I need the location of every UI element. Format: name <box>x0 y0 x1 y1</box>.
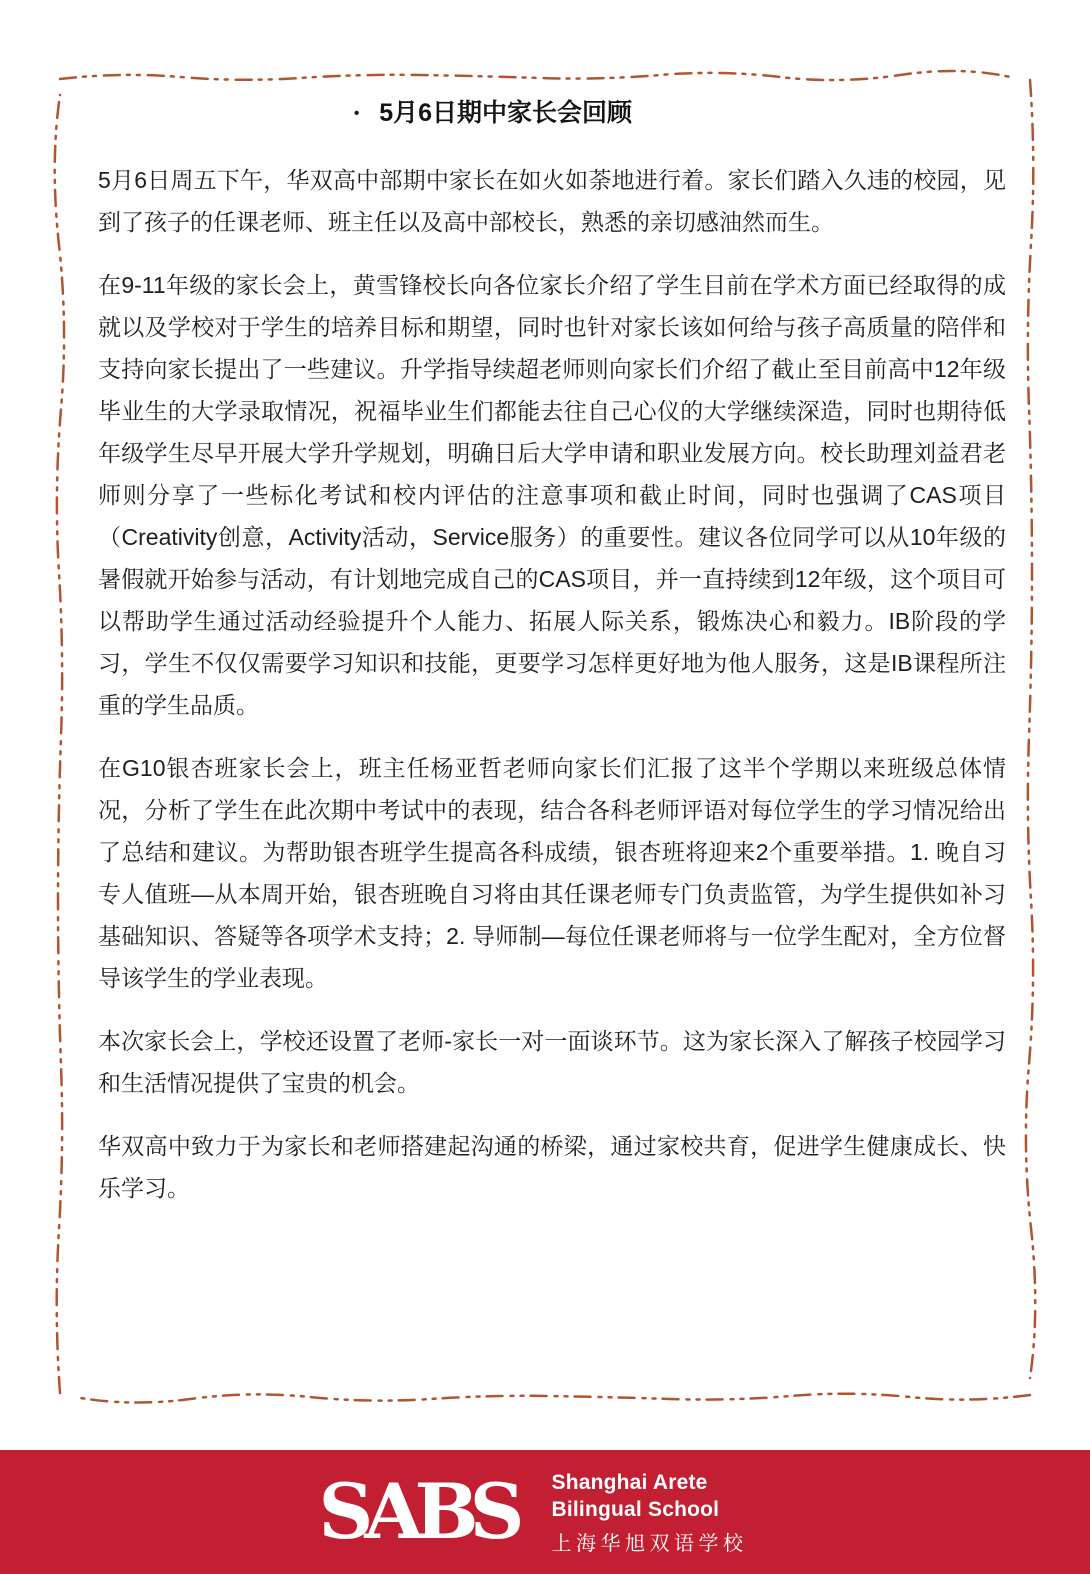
newsletter-page: •5月6日期中家长会回顾 5月6日周五下午，华双高中部期中家长在如火如荼地进行着… <box>0 0 1090 1574</box>
footer-banner: SABS Shanghai Arete Bilingual School 上海华… <box>0 1450 1090 1574</box>
paragraph-closing: 华双高中致力于为家长和老师搭建起沟通的桥梁，通过家校共育，促进学生健康成长、快乐… <box>98 1125 1006 1209</box>
paragraph-intro: 5月6日周五下午，华双高中部期中家长在如火如荼地进行着。家长们踏入久违的校园，见… <box>98 159 1006 243</box>
paragraph-grade-9-11-meeting: 在9-11年级的家长会上，黄雪锋校长向各位家长介绍了学生目前在学术方面已经取得的… <box>98 264 1006 726</box>
title-bullet-icon: • <box>354 105 359 122</box>
school-name-block: Shanghai Arete Bilingual School 上海华旭双语学校 <box>551 1469 747 1556</box>
school-name-en-line1: Shanghai Arete <box>551 1469 747 1496</box>
paragraph-g10-class-meeting: 在G10银杏班家长会上，班主任杨亚哲老师向家长们汇报了这半个学期以来班级总体情况… <box>98 747 1006 999</box>
article-title-text: 5月6日期中家长会回顾 <box>379 99 632 127</box>
article-content: •5月6日期中家长会回顾 5月6日周五下午，华双高中部期中家长在如火如荼地进行着… <box>98 96 1006 1230</box>
sabs-logo: SABS <box>319 1481 525 1543</box>
school-name-en-line2: Bilingual School <box>551 1496 747 1523</box>
article-title: •5月6日期中家长会回顾 <box>98 96 888 131</box>
school-name-cn: 上海华旭双语学校 <box>551 1527 747 1556</box>
paragraph-one-on-one-talks: 本次家长会上，学校还设置了老师-家长一对一面谈环节。这为家长深入了解孩子校园学习… <box>98 1020 1006 1104</box>
school-logo-group: SABS Shanghai Arete Bilingual School 上海华… <box>319 1469 748 1556</box>
